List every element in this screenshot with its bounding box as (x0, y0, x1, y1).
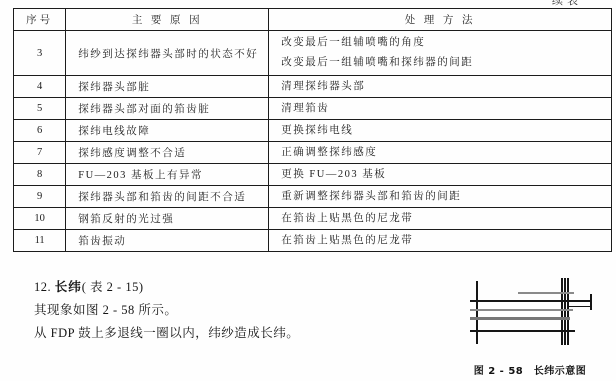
cell-cause: 探纬电线故障 (66, 120, 269, 142)
table-row: 6探纬电线故障更换探纬电线 (14, 120, 612, 142)
header-cause: 主 要 原 因 (66, 9, 269, 31)
cell-cause: 探纬器头部和筘齿的间距不合适 (66, 186, 269, 208)
cell-cause: 探纬器头部脏 (66, 76, 269, 98)
cell-index: 7 (14, 142, 66, 164)
cell-cause: 探纬器头部对面的筘齿脏 (66, 98, 269, 120)
weft-yarn-line-3 (470, 317, 570, 320)
method-line: 改变最后一组辅喷嘴和探纬器的间距 (281, 53, 611, 73)
table-row: 5探纬器头部对面的筘齿脏清理筘齿 (14, 98, 612, 120)
cell-method: 在筘齿上贴黑色的尼龙带 (269, 230, 612, 252)
cell-cause: FU—203 基板上有异常 (66, 164, 269, 186)
cell-index: 11 (14, 230, 66, 252)
cell-method: 清理筘齿 (269, 98, 612, 120)
cell-index: 3 (14, 31, 66, 76)
method-line: 清理探纬器头部 (281, 77, 611, 97)
cell-method: 在筘齿上贴黑色的尼龙带 (269, 208, 612, 230)
tail-end-bar (590, 294, 592, 310)
table-row: 3纬纱到达探纬器头部时的状态不好改变最后一组辅喷嘴的角度改变最后一组辅喷嘴和探纬… (14, 31, 612, 76)
long-weft-diagram: 图 2 - 58 长纬示意图 (455, 270, 605, 380)
reed-line-2 (564, 278, 566, 345)
body-line-3: 从 FDP 鼓上多退线一圈以内，纬纱造成长纬。 (34, 323, 299, 341)
cell-index: 10 (14, 208, 66, 230)
header-method: 处 理 方 法 (269, 9, 612, 31)
cell-index: 6 (14, 120, 66, 142)
cell-cause: 纬纱到达探纬器头部时的状态不好 (66, 31, 269, 76)
document-page: 续表 序号 主 要 原 因 处 理 方 法 3纬纱到达探纬器头部时的状态不好改变… (0, 0, 616, 381)
cell-method: 正确调整探纬感度 (269, 142, 612, 164)
method-line: 在筘齿上贴黑色的尼龙带 (281, 231, 611, 251)
heading-term: 长纬 (55, 279, 82, 294)
cell-method: 更换 FU—203 基板 (269, 164, 612, 186)
reed-line-1 (561, 278, 563, 345)
header-index: 序号 (14, 9, 66, 31)
table-body: 3纬纱到达探纬器头部时的状态不好改变最后一组辅喷嘴的角度改变最后一组辅喷嘴和探纬… (14, 31, 612, 252)
method-line: 重新调整探纬器头部和筘齿的间距 (281, 187, 611, 207)
table-row: 8FU—203 基板上有异常更换 FU—203 基板 (14, 164, 612, 186)
body-line-2: 其现象如图 2 - 58 所示。 (34, 300, 177, 318)
cell-method: 更换探纬电线 (269, 120, 612, 142)
cell-index: 4 (14, 76, 66, 98)
heading-number: 12. (34, 280, 55, 294)
weft-yarn-line-1 (518, 292, 574, 294)
method-line: 改变最后一组辅喷嘴的角度 (281, 33, 611, 53)
cell-method: 清理探纬器头部 (269, 76, 612, 98)
fabric-edge-line (476, 281, 478, 344)
long-weft-line (470, 300, 591, 302)
method-line: 在筘齿上贴黑色的尼龙带 (281, 209, 611, 229)
method-line: 更换探纬电线 (281, 121, 611, 141)
cell-index: 5 (14, 98, 66, 120)
cell-method: 重新调整探纬器头部和筘齿的间距 (269, 186, 612, 208)
table-row: 4探纬器头部脏清理探纬器头部 (14, 76, 612, 98)
method-line: 更换 FU—203 基板 (281, 165, 611, 185)
method-line: 正确调整探纬感度 (281, 143, 611, 163)
cell-index: 8 (14, 164, 66, 186)
reed-line-3 (567, 278, 569, 345)
weft-yarn-line-4 (470, 330, 575, 332)
fault-table: 序号 主 要 原 因 处 理 方 法 3纬纱到达探纬器头部时的状态不好改变最后一… (13, 8, 612, 252)
cell-cause: 筘齿振动 (66, 230, 269, 252)
heading-table-ref: ( 表 2 - 15) (82, 280, 144, 294)
figure-caption: 图 2 - 58 长纬示意图 (455, 362, 605, 377)
cell-cause: 探纬感度调整不合适 (66, 142, 269, 164)
method-line: 清理筘齿 (281, 99, 611, 119)
table-row: 10钢筘反射的光过强在筘齿上贴黑色的尼龙带 (14, 208, 612, 230)
table-row: 11筘齿振动在筘齿上贴黑色的尼龙带 (14, 230, 612, 252)
cell-cause: 钢筘反射的光过强 (66, 208, 269, 230)
cell-method: 改变最后一组辅喷嘴的角度改变最后一组辅喷嘴和探纬器的间距 (269, 31, 612, 76)
table-row: 7探纬感度调整不合适正确调整探纬感度 (14, 142, 612, 164)
section-heading: 12. 长纬( 表 2 - 15) (34, 277, 144, 295)
table-row: 9探纬器头部和筘齿的间距不合适重新调整探纬器头部和筘齿的间距 (14, 186, 612, 208)
weft-yarn-line-2 (470, 309, 573, 311)
cell-index: 9 (14, 186, 66, 208)
continued-label: 续表 (552, 0, 582, 8)
long-weft-tail-line (568, 306, 591, 308)
table-header-row: 序号 主 要 原 因 处 理 方 法 (14, 9, 612, 31)
